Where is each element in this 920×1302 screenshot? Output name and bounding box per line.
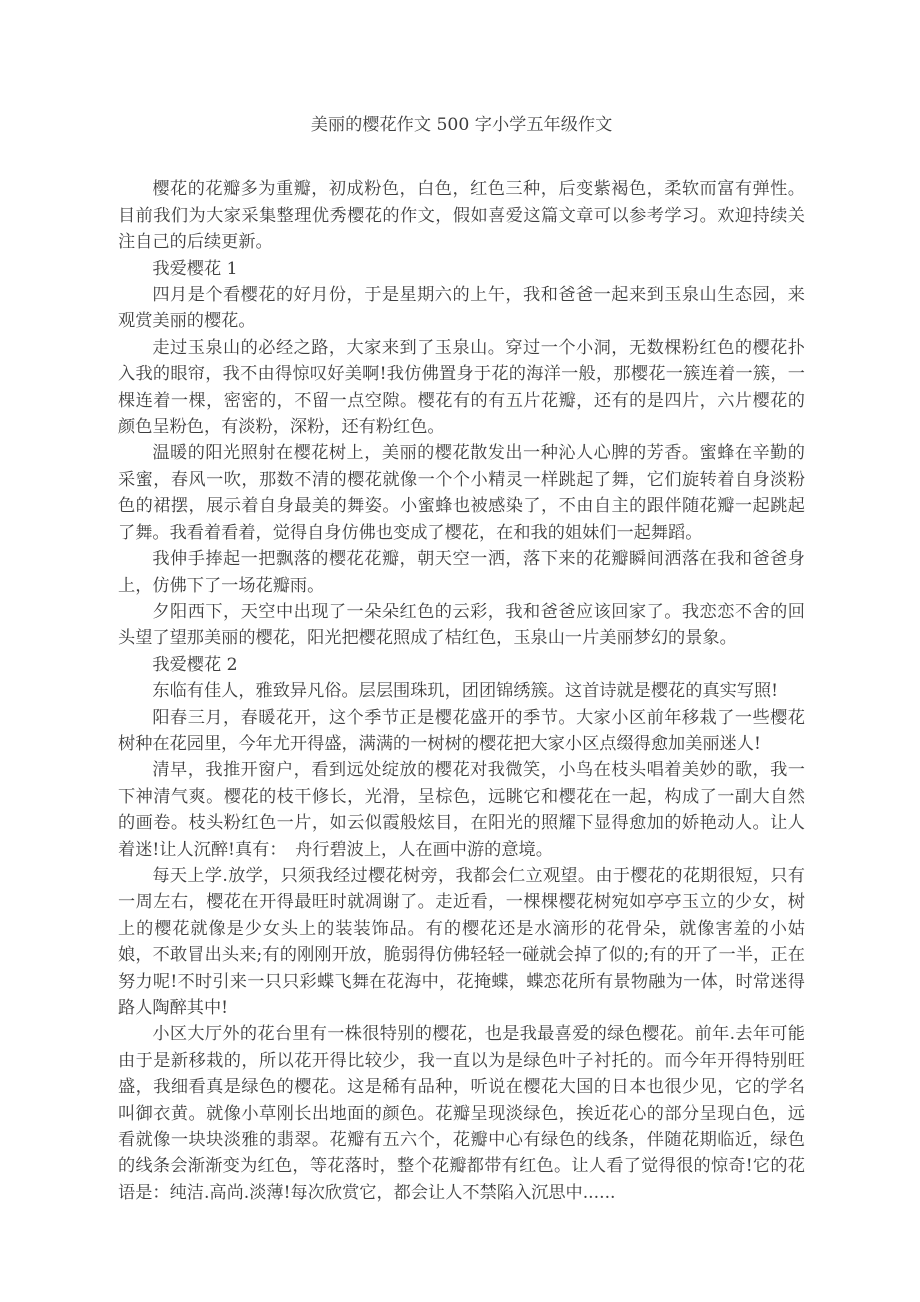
essay-paragraph: 走过玉泉山的必经之路，大家来到了玉泉山。穿过一个小洞，无数棵粉红色的樱花扑入我的… — [118, 335, 805, 441]
essay-paragraph: 我伸手捧起一把飘落的樱花花瓣，朝天空一洒，落下来的花瓣瞬间洒落在我和爸爸身上，仿… — [118, 546, 805, 599]
essay-closing-paragraph: 小区大厅外的花台里有一株很特别的樱花，也是我最喜爱的绿色樱花。前年.去年可能由于… — [118, 1021, 805, 1206]
essay-paragraph: 清早，我推开窗户，看到远处绽放的樱花对我微笑，小鸟在枝头唱着美妙的歌，我一下神清… — [118, 757, 805, 863]
essay-intro-paragraph: 樱花的花瓣多为重瓣，初成粉色，白色，红色三种，后变紫褐色，柔软而富有弹性。目前我… — [118, 176, 805, 255]
essay-paragraph: 东临有佳人，雅致异凡俗。层层围珠玑，团团锦绣簇。这首诗就是樱花的真实写照! — [118, 678, 805, 704]
document-page: 美丽的樱花作文 500 字小学五年级作文 樱花的花瓣多为重瓣，初成粉色，白色，红… — [0, 0, 920, 1302]
document-title: 美丽的樱花作文 500 字小学五年级作文 — [118, 112, 805, 138]
essay-paragraph: 每天上学.放学，只须我经过樱花树旁，我都会仁立观望。由于樱花的花期很短，只有一周… — [118, 863, 805, 1021]
essay-heading-1: 我爱樱花 1 — [118, 256, 805, 282]
document-body: 樱花的花瓣多为重瓣，初成粉色，白色，红色三种，后变紫褐色，柔软而富有弹性。目前我… — [118, 176, 805, 1206]
essay-paragraph: 夕阳西下，天空中出现了一朵朵红色的云彩，我和爸爸应该回家了。我恋恋不舍的回头望了… — [118, 599, 805, 652]
essay-paragraph: 四月是个看樱花的好月份，于是星期六的上午，我和爸爸一起来到玉泉山生态园，来观赏美… — [118, 282, 805, 335]
essay-paragraph: 阳春三月，春暖花开，这个季节正是樱花盛开的季节。大家小区前年移栽了一些樱花树种在… — [118, 705, 805, 758]
essay-paragraph: 温暖的阳光照射在樱花树上，美丽的樱花散发出一种沁人心脾的芳香。蜜蜂在辛勤的采蜜，… — [118, 440, 805, 546]
essay-heading-2: 我爱樱花 2 — [118, 652, 805, 678]
